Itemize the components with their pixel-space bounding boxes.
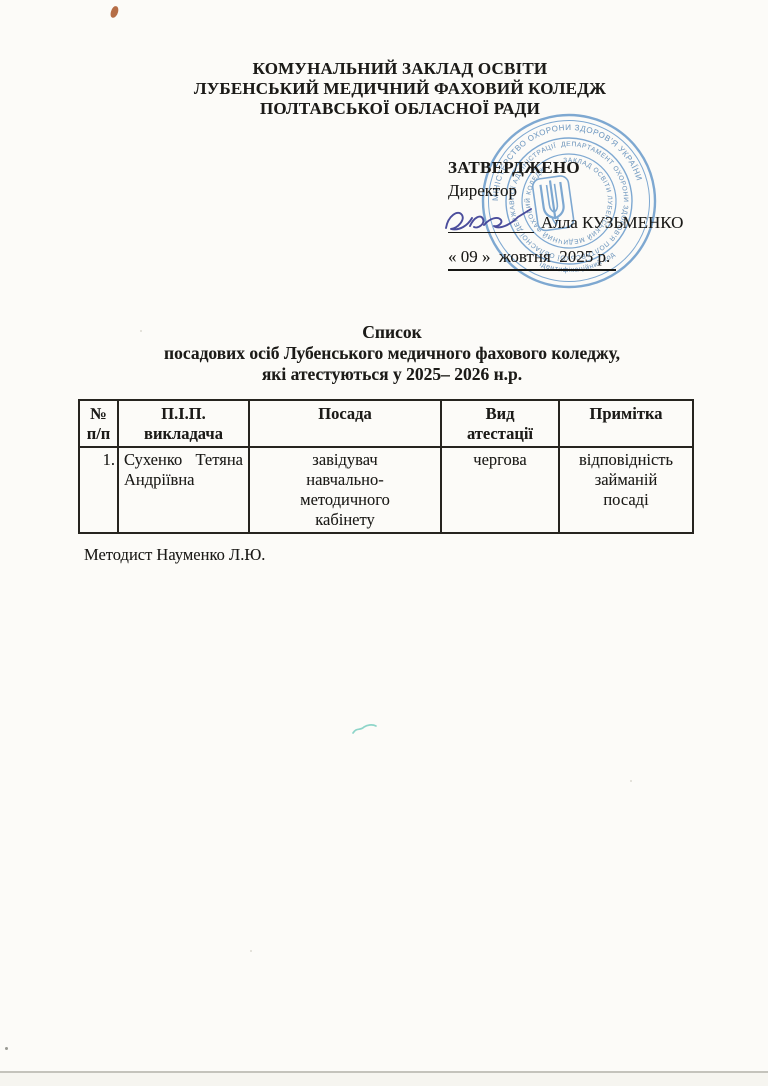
col-header-name: П.І.П. викладача xyxy=(118,400,249,447)
approved-label: ЗАТВЕРДЖЕНО xyxy=(448,158,683,178)
title-line-1: Список xyxy=(24,322,760,343)
signature-row: Алла КУЗЬМЕНКО xyxy=(448,210,683,240)
table-row: 1. Сухенко Тетяна Андріївна завідувач на… xyxy=(79,447,693,533)
note-cell: відповідність займаній посаді xyxy=(559,447,693,533)
scan-speck-red xyxy=(110,5,120,18)
scan-speck-gray xyxy=(5,1047,8,1050)
header-line-2: ЛУБЕНСЬКИЙ МЕДИЧНИЙ ФАХОВИЙ КОЛЕДЖ xyxy=(32,79,768,99)
paper-speckle xyxy=(140,330,142,332)
paper-speckle xyxy=(250,950,252,952)
approver-name: Алла КУЗЬМЕНКО xyxy=(541,213,683,232)
teacher-patronymic: Андріївна xyxy=(124,470,243,490)
teal-pen-mark xyxy=(351,721,379,737)
row-number-cell: 1. xyxy=(79,447,118,533)
attestation-table: № п/п П.І.П. викладача Посада Вид атеста… xyxy=(78,399,694,534)
handwritten-signature xyxy=(436,200,540,238)
teacher-firstname: Тетяна xyxy=(195,450,243,470)
header-line-1: КОМУНАЛЬНИЙ ЗАКЛАД ОСВІТИ xyxy=(32,59,768,79)
scan-edge-margin xyxy=(0,1073,768,1086)
approval-date: « 09 » жовтня 2025 р. xyxy=(448,247,616,271)
title-line-3: які атестуються у 2025– 2026 н.р. xyxy=(24,364,760,385)
document-title: Список посадових осіб Лубенського медичн… xyxy=(24,322,760,385)
table-header-row: № п/п П.І.П. викладача Посада Вид атеста… xyxy=(79,400,693,447)
attestation-type-cell: чергова xyxy=(441,447,559,533)
title-line-2: посадових осіб Лубенського медичного фах… xyxy=(24,343,760,364)
teacher-surname: Сухенко xyxy=(124,450,182,470)
teacher-name-cell: Сухенко Тетяна Андріївна xyxy=(118,447,249,533)
col-header-attestation: Вид атестації xyxy=(441,400,559,447)
approver-role: Директор xyxy=(448,181,683,201)
position-cell: завідувач навчально- методичного кабінет… xyxy=(249,447,441,533)
col-header-num: № п/п xyxy=(79,400,118,447)
document-header: КОМУНАЛЬНИЙ ЗАКЛАД ОСВІТИ ЛУБЕНСЬКИЙ МЕД… xyxy=(32,59,768,119)
col-header-position: Посада xyxy=(249,400,441,447)
paper-speckle xyxy=(630,780,632,782)
teacher-name-line1: Сухенко Тетяна xyxy=(124,450,243,470)
scanned-document-page: КОМУНАЛЬНИЙ ЗАКЛАД ОСВІТИ ЛУБЕНСЬКИЙ МЕД… xyxy=(0,0,768,1086)
methodist-signature-line: Методист Науменко Л.Ю. xyxy=(84,545,265,565)
col-header-note: Примітка xyxy=(559,400,693,447)
approval-block: ЗАТВЕРДЖЕНО Директор Алла КУЗЬМЕНКО « 09… xyxy=(448,158,683,271)
